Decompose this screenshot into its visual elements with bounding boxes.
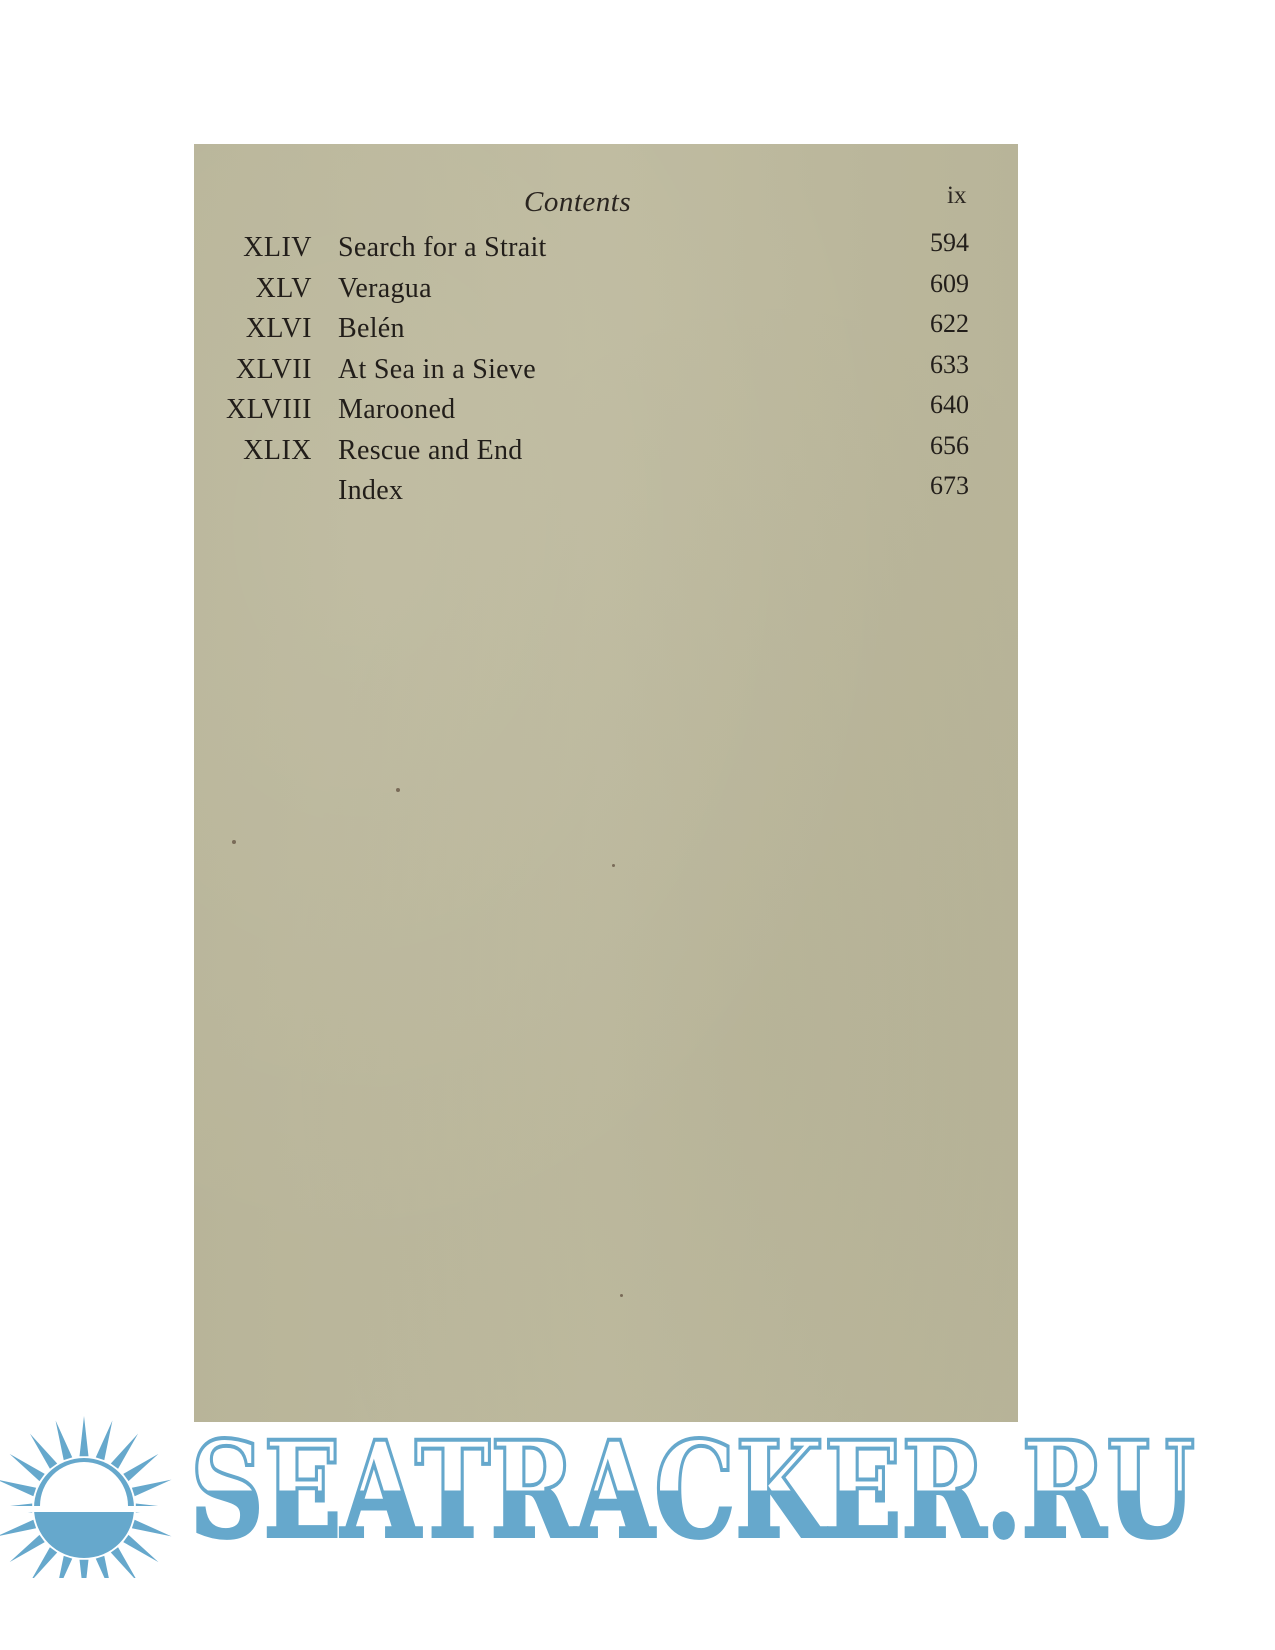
chapter-page: 640 bbox=[930, 390, 969, 420]
chapter-title: Marooned bbox=[338, 394, 455, 426]
chapter-number: XLVIII bbox=[226, 394, 312, 426]
chapter-page: 594 bbox=[930, 228, 969, 258]
running-title: Contents bbox=[524, 186, 631, 219]
table-of-contents: XLIV Search for a Strait 594 XLV Veragua… bbox=[194, 232, 1018, 516]
toc-entry: XLVII At Sea in a Sieve 633 bbox=[194, 354, 1018, 395]
chapter-title: Search for a Strait bbox=[338, 232, 547, 264]
chapter-page: 622 bbox=[930, 309, 969, 339]
chapter-page: 656 bbox=[930, 431, 969, 461]
chapter-title: Rescue and End bbox=[338, 435, 523, 467]
chapter-number: XLVII bbox=[236, 354, 312, 386]
svg-text:SEATRACKER.RU: SEATRACKER.RU bbox=[190, 1424, 1195, 1544]
toc-entry: XLIV Search for a Strait 594 bbox=[194, 232, 1018, 273]
toc-entry: XLV Veragua 609 bbox=[194, 273, 1018, 314]
logo-wordmark: SEATRACKER.RU bbox=[190, 1424, 1200, 1544]
chapter-number: XLIX bbox=[243, 435, 312, 467]
paper-speck bbox=[612, 864, 615, 867]
paper-speck bbox=[620, 1294, 623, 1297]
chapter-page: 673 bbox=[930, 471, 969, 501]
toc-entry: XLIX Rescue and End 656 bbox=[194, 435, 1018, 476]
watermark-logo: SEATRACKER.RU bbox=[0, 1388, 1275, 1650]
page-folio: ix bbox=[947, 182, 966, 210]
chapter-number: XLIV bbox=[243, 232, 312, 264]
sun-icon bbox=[0, 1388, 185, 1578]
toc-entry-index: Index 673 bbox=[194, 475, 1018, 516]
chapter-title: At Sea in a Sieve bbox=[338, 354, 536, 386]
paper-speck bbox=[396, 788, 400, 792]
toc-entry: XLVIII Marooned 640 bbox=[194, 394, 1018, 435]
chapter-title: Index bbox=[338, 475, 403, 507]
chapter-page: 633 bbox=[930, 350, 969, 380]
chapter-number: XLVI bbox=[246, 313, 312, 345]
chapter-title: Belén bbox=[338, 313, 405, 345]
chapter-page: 609 bbox=[930, 269, 969, 299]
running-head: Contents ix bbox=[194, 186, 1018, 222]
book-page: Contents ix XLIV Search for a Strait 594… bbox=[194, 144, 1018, 1422]
toc-entry: XLVI Belén 622 bbox=[194, 313, 1018, 354]
chapter-number: XLV bbox=[256, 273, 312, 305]
chapter-title: Veragua bbox=[338, 273, 432, 305]
paper-speck bbox=[232, 840, 236, 844]
